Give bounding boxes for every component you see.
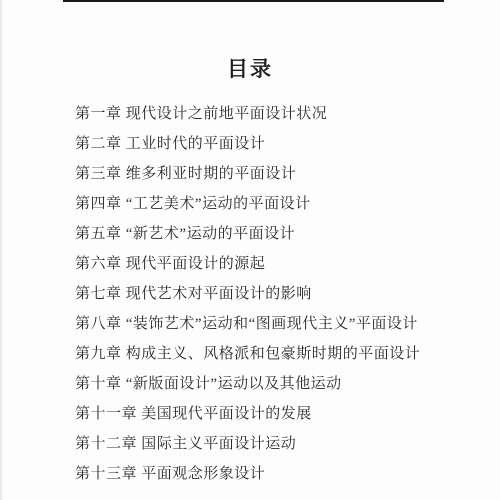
toc-item-chapter-8[interactable]: 第八章 “装饰艺术”运动和“图画现代主义”平面设计 (75, 314, 435, 335)
toc-page: 目录 第一章 现代设计之前地平面设计状况 第二章 工业时代的平面设计 第三章 维… (0, 0, 500, 500)
toc-item-chapter-7[interactable]: 第七章 现代艺术对平面设计的影响 (75, 284, 435, 305)
top-partial-rule (63, 0, 444, 2)
toc-item-chapter-1[interactable]: 第一章 现代设计之前地平面设计状况 (75, 104, 435, 125)
toc-item-chapter-5[interactable]: 第五章 “新艺术”运动的平面设计 (75, 224, 435, 245)
toc-item-chapter-11[interactable]: 第十一章 美国现代平面设计的发展 (75, 404, 435, 425)
toc-list: 第一章 现代设计之前地平面设计状况 第二章 工业时代的平面设计 第三章 维多利亚… (75, 104, 435, 494)
toc-item-chapter-13[interactable]: 第十三章 平面观念形象设计 (75, 464, 435, 485)
toc-item-chapter-12[interactable]: 第十二章 国际主义平面设计运动 (75, 434, 435, 455)
toc-item-chapter-3[interactable]: 第三章 维多利亚时期的平面设计 (75, 164, 435, 185)
toc-item-chapter-10[interactable]: 第十章 “新版面设计”运动以及其他运动 (75, 374, 435, 395)
toc-item-chapter-6[interactable]: 第六章 现代平面设计的源起 (75, 254, 435, 275)
toc-item-chapter-2[interactable]: 第二章 工业时代的平面设计 (75, 134, 435, 155)
toc-item-chapter-9[interactable]: 第九章 构成主义、风格派和包豪斯时期的平面设计 (75, 344, 435, 365)
page-title: 目录 (0, 53, 500, 83)
toc-item-chapter-4[interactable]: 第四章 “工艺美术”运动的平面设计 (75, 194, 435, 215)
